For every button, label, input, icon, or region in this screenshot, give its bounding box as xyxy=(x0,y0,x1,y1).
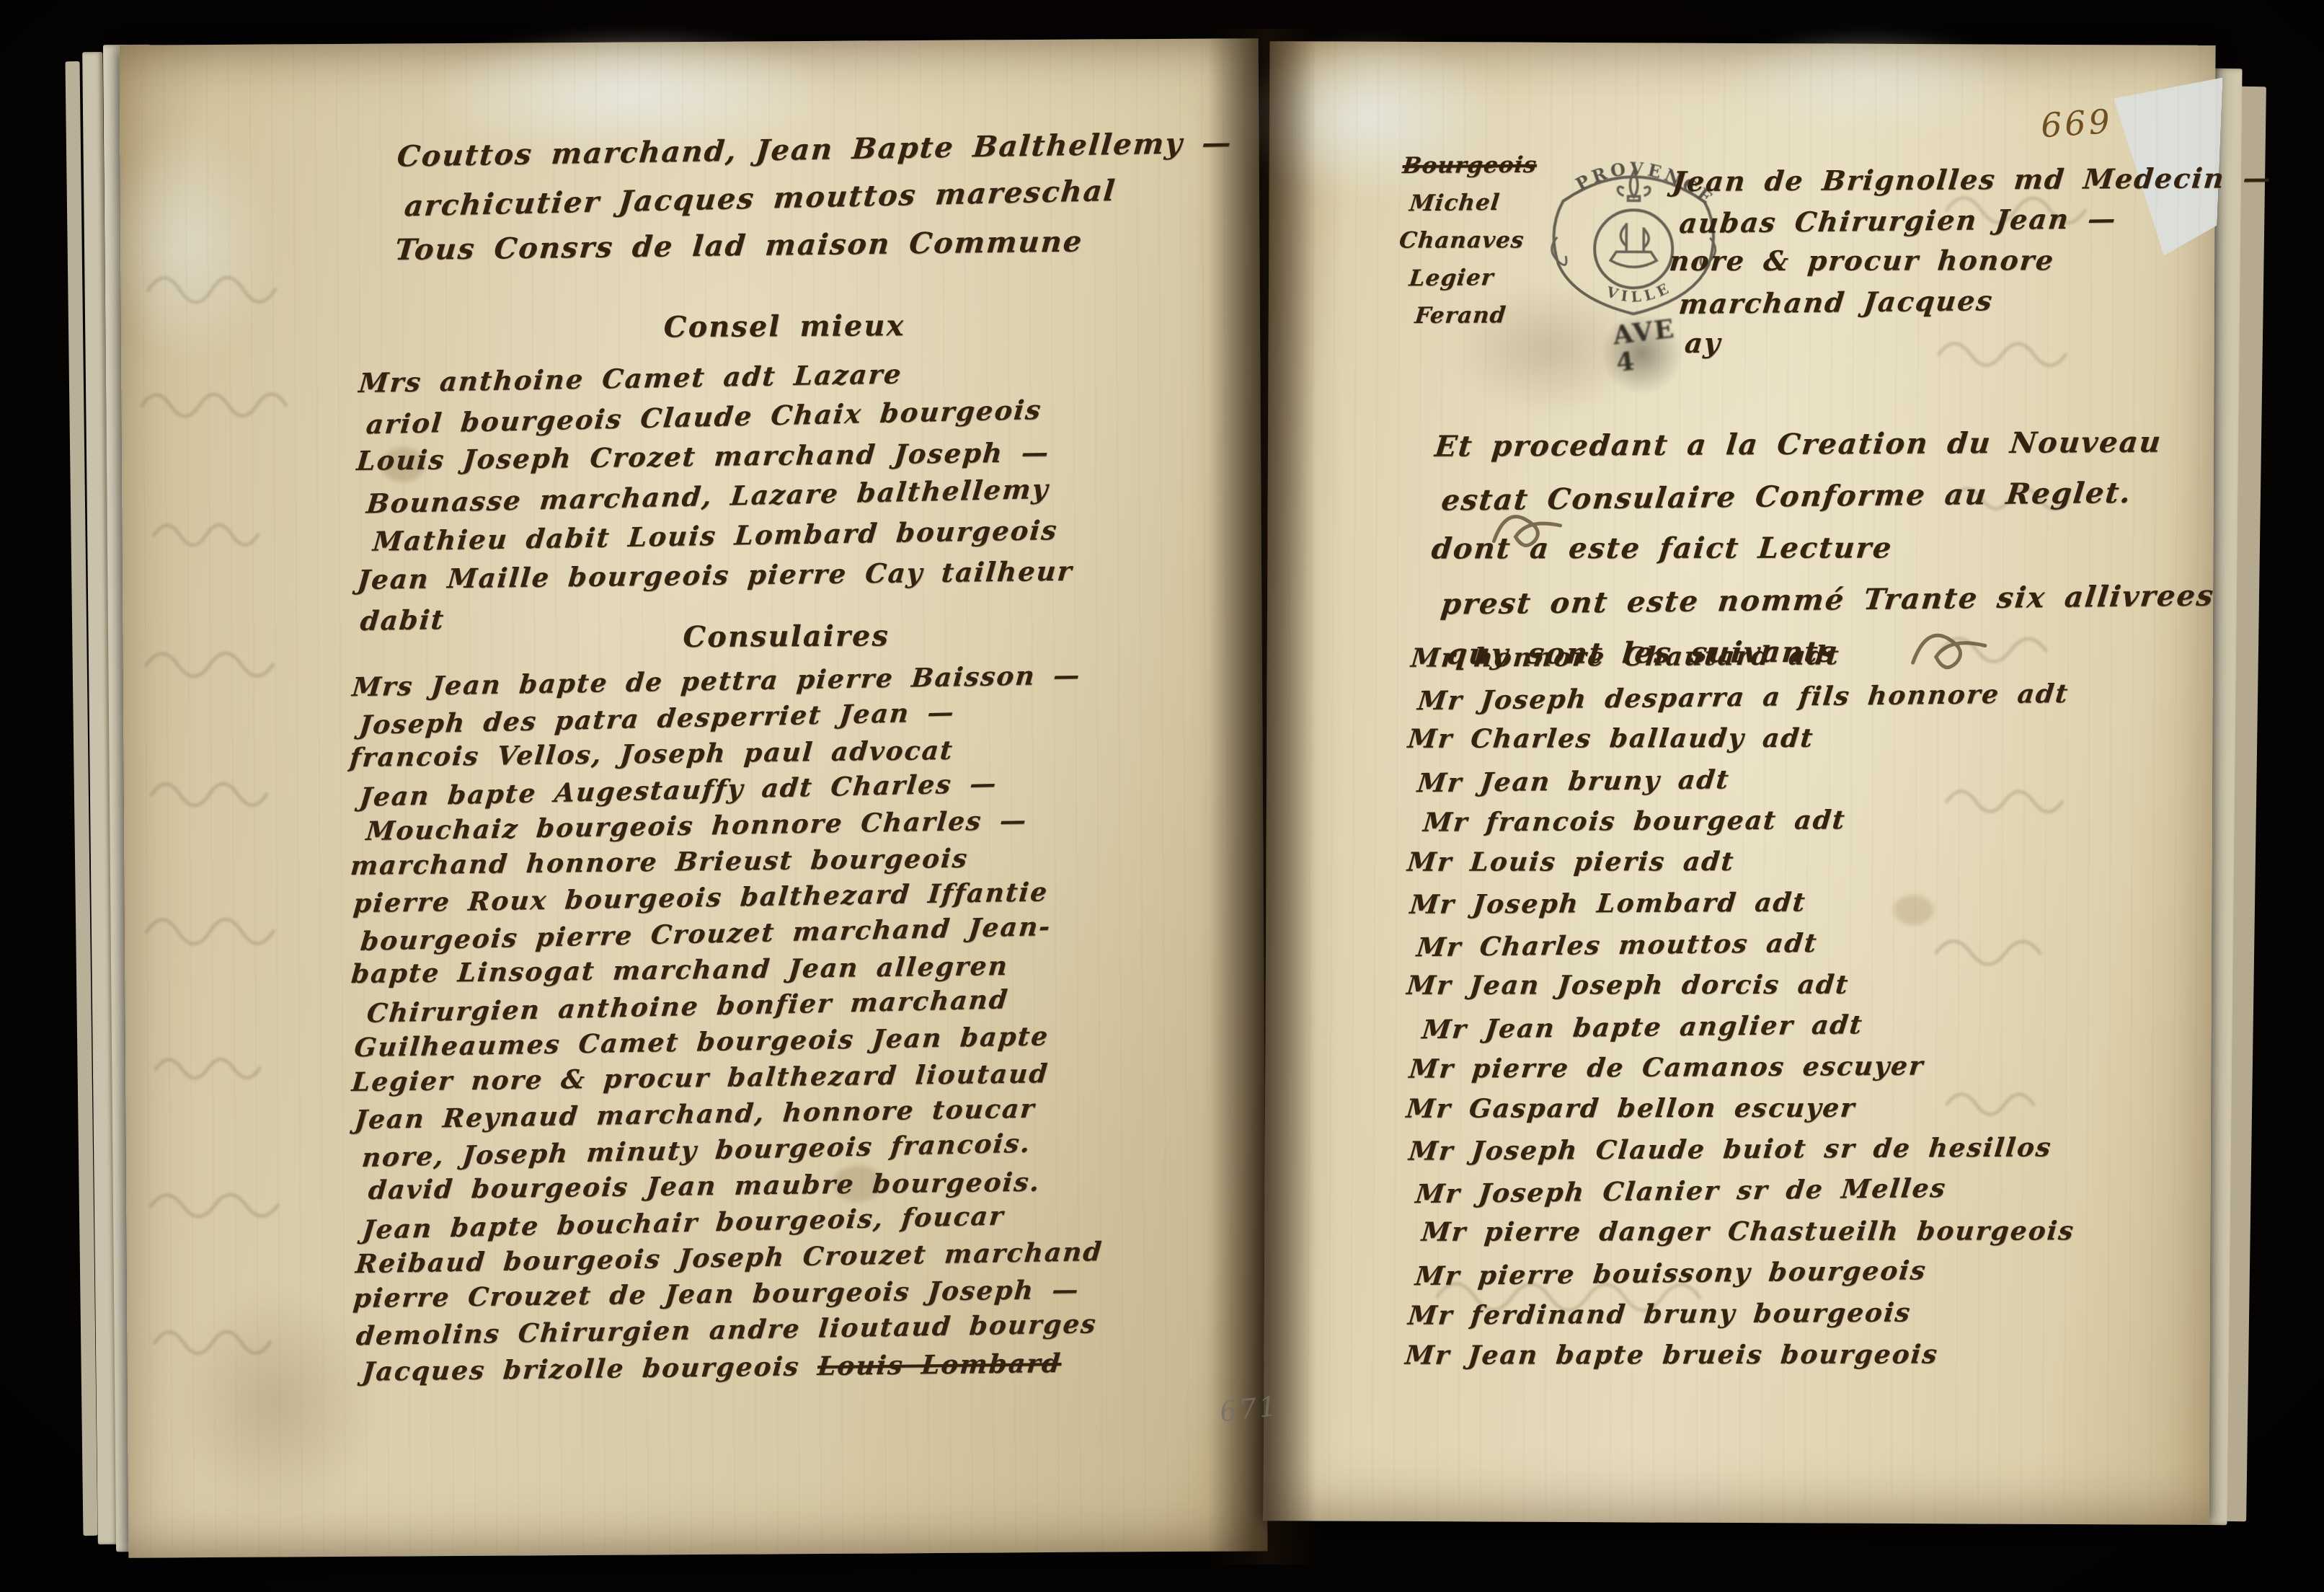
left-consulaires-paragraph: Mrs Jean bapte de pettra pierre Baisson … xyxy=(352,661,1103,1350)
consul-list-entry: Mr francois bourgeat adt xyxy=(1421,798,2078,843)
page-number-ink: 669 xyxy=(2039,102,2114,145)
manuscript-photo-backdrop: Couttos marchand, Jean Bapte Balthellemy… xyxy=(0,0,2324,1592)
manuscript-line: ay xyxy=(1682,319,2273,363)
heading-council: Consel mieux xyxy=(582,309,986,345)
consul-list-entry: Mr honnore Chautard adt xyxy=(1409,634,2079,679)
heading-consulaires: Consulaires xyxy=(584,619,988,655)
margin-names-column: BourgeoisMichelChanavesLegierFerand xyxy=(1402,146,1537,335)
consul-list-entry: Mr Joseph Claude buiot sr de hesillos xyxy=(1406,1127,2077,1172)
left-council-paragraph: Mrs anthoine Camet adt Lazareariol bourg… xyxy=(359,355,1073,637)
left-page: Couttos marchand, Jean Bapte Balthellemy… xyxy=(120,38,1268,1558)
right-consuls-list: Mr honnore Chautard adtMr Joseph desparr… xyxy=(1408,634,2077,1377)
manuscript-line: nore & procur honore xyxy=(1667,240,2274,281)
manuscript-line: estat Consulaire Conforme au Reglet. xyxy=(1439,466,2218,526)
consul-list-entry: Mr Jean bapte brueis bourgeois xyxy=(1403,1334,2076,1376)
margin-name: Michel xyxy=(1407,183,1538,222)
manuscript-line: Et procedant a la Creation du Nouveau xyxy=(1432,416,2217,473)
consul-list-entry: Mr Gaspard bellon escuyer xyxy=(1404,1087,2077,1130)
water-stain xyxy=(1716,29,2020,138)
right-page: 669 BourgeoisMichelChanavesLegierFerand xyxy=(1264,41,2216,1525)
margin-name: Legier xyxy=(1407,258,1538,297)
bleed-through-text xyxy=(126,246,350,1437)
margin-name: Ferand xyxy=(1413,296,1538,335)
manuscript-line: Jean de Brignolles md Medecin — xyxy=(1670,158,2274,202)
manuscript-line: marchand Jacques xyxy=(1677,278,2274,324)
consul-list-entry: Mr pierre bouissony bourgeois xyxy=(1413,1249,2077,1297)
damp-stain xyxy=(170,1284,381,1524)
manuscript-line: Tous Consrs de lad maison Commune xyxy=(393,216,1235,274)
consul-list-entry: Mr pierre danger Chastueilh bourgeois xyxy=(1419,1211,2076,1253)
left-final-line: Jacques brizolle bourgeois Louis Lombard xyxy=(361,1348,1063,1387)
consul-list-entry: Mr Joseph Clanier sr de Melles xyxy=(1414,1167,2077,1215)
water-stain xyxy=(105,124,272,363)
sailing-ship-icon xyxy=(1610,223,1656,267)
consul-list-entry: Mr Joseph desparra a fils honnore adt xyxy=(1415,673,2079,722)
consul-list-entry: Mr Charles mouttos adt xyxy=(1414,920,2078,968)
consul-list-entry: Mr ferdinand bruny bourgeois xyxy=(1406,1291,2076,1337)
consul-list-entry: Mr Charles ballaudy adt xyxy=(1406,717,2078,760)
manuscript-line: prest ont este nommé Trante six allivree… xyxy=(1438,570,2217,630)
manuscript-line: aubas Chirurgien Jean — xyxy=(1677,197,2275,244)
manuscript-line: dont a este faict Lecture xyxy=(1429,522,2217,575)
consul-list-entry: Mr Jean Joseph dorcis adt xyxy=(1405,964,2077,1007)
margin-name: Chanaves xyxy=(1398,221,1538,259)
final-line-text: Jacques brizolle bourgeois xyxy=(361,1351,802,1387)
right-header-paragraph: Jean de Brignolles md Medecin —aubas Chi… xyxy=(1672,159,2272,363)
consul-list-entry: Mr pierre de Camanos escuyer xyxy=(1407,1045,2077,1090)
page-number-pencil: 671 xyxy=(1218,1390,1280,1428)
counter-stamp: AVE 4 xyxy=(1611,315,1680,377)
left-intro-paragraph: Couttos marchand, Jean Bapte Balthellemy… xyxy=(397,123,1233,271)
struck-name: Louis Lombard xyxy=(816,1348,1063,1381)
margin-name: Bourgeois xyxy=(1401,146,1538,185)
consul-list-entry: Mr Joseph Lombard adt xyxy=(1408,880,2078,926)
consul-list-entry: Mr Jean bapte anglier adt xyxy=(1420,1002,2078,1051)
consul-list-entry: Mr Louis pieris adt xyxy=(1406,841,2078,883)
consul-list-entry: Mr Jean bruny adt xyxy=(1415,756,2079,804)
